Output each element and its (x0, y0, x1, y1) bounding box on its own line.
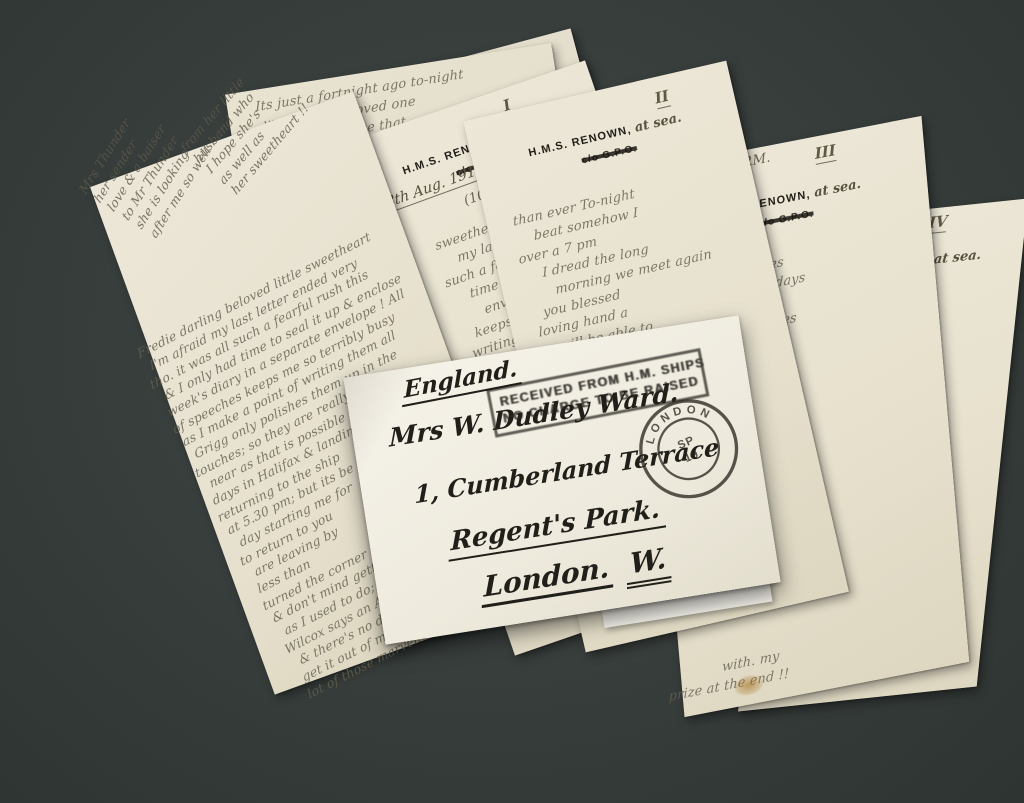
margin-note: Mrs Thunderher senderlove & a baiserto M… (76, 99, 216, 240)
address-city: London. (482, 550, 613, 608)
letterhead-gpo-struck: c/o G.P.O. (758, 208, 814, 230)
photo-of-letters-and-envelope: 20th LawrenceIV H.M.S. RENOWN,at sea. c/… (0, 0, 1024, 803)
address-district: W. (627, 541, 671, 590)
handwriting-bottom-fragment: with. myprize at the end !! (666, 645, 790, 706)
letterhead-gpo-struck: c/o G.P.O. (581, 143, 639, 166)
page-numeral-iii: III (814, 141, 836, 165)
page-numeral-ii: II (653, 87, 671, 110)
